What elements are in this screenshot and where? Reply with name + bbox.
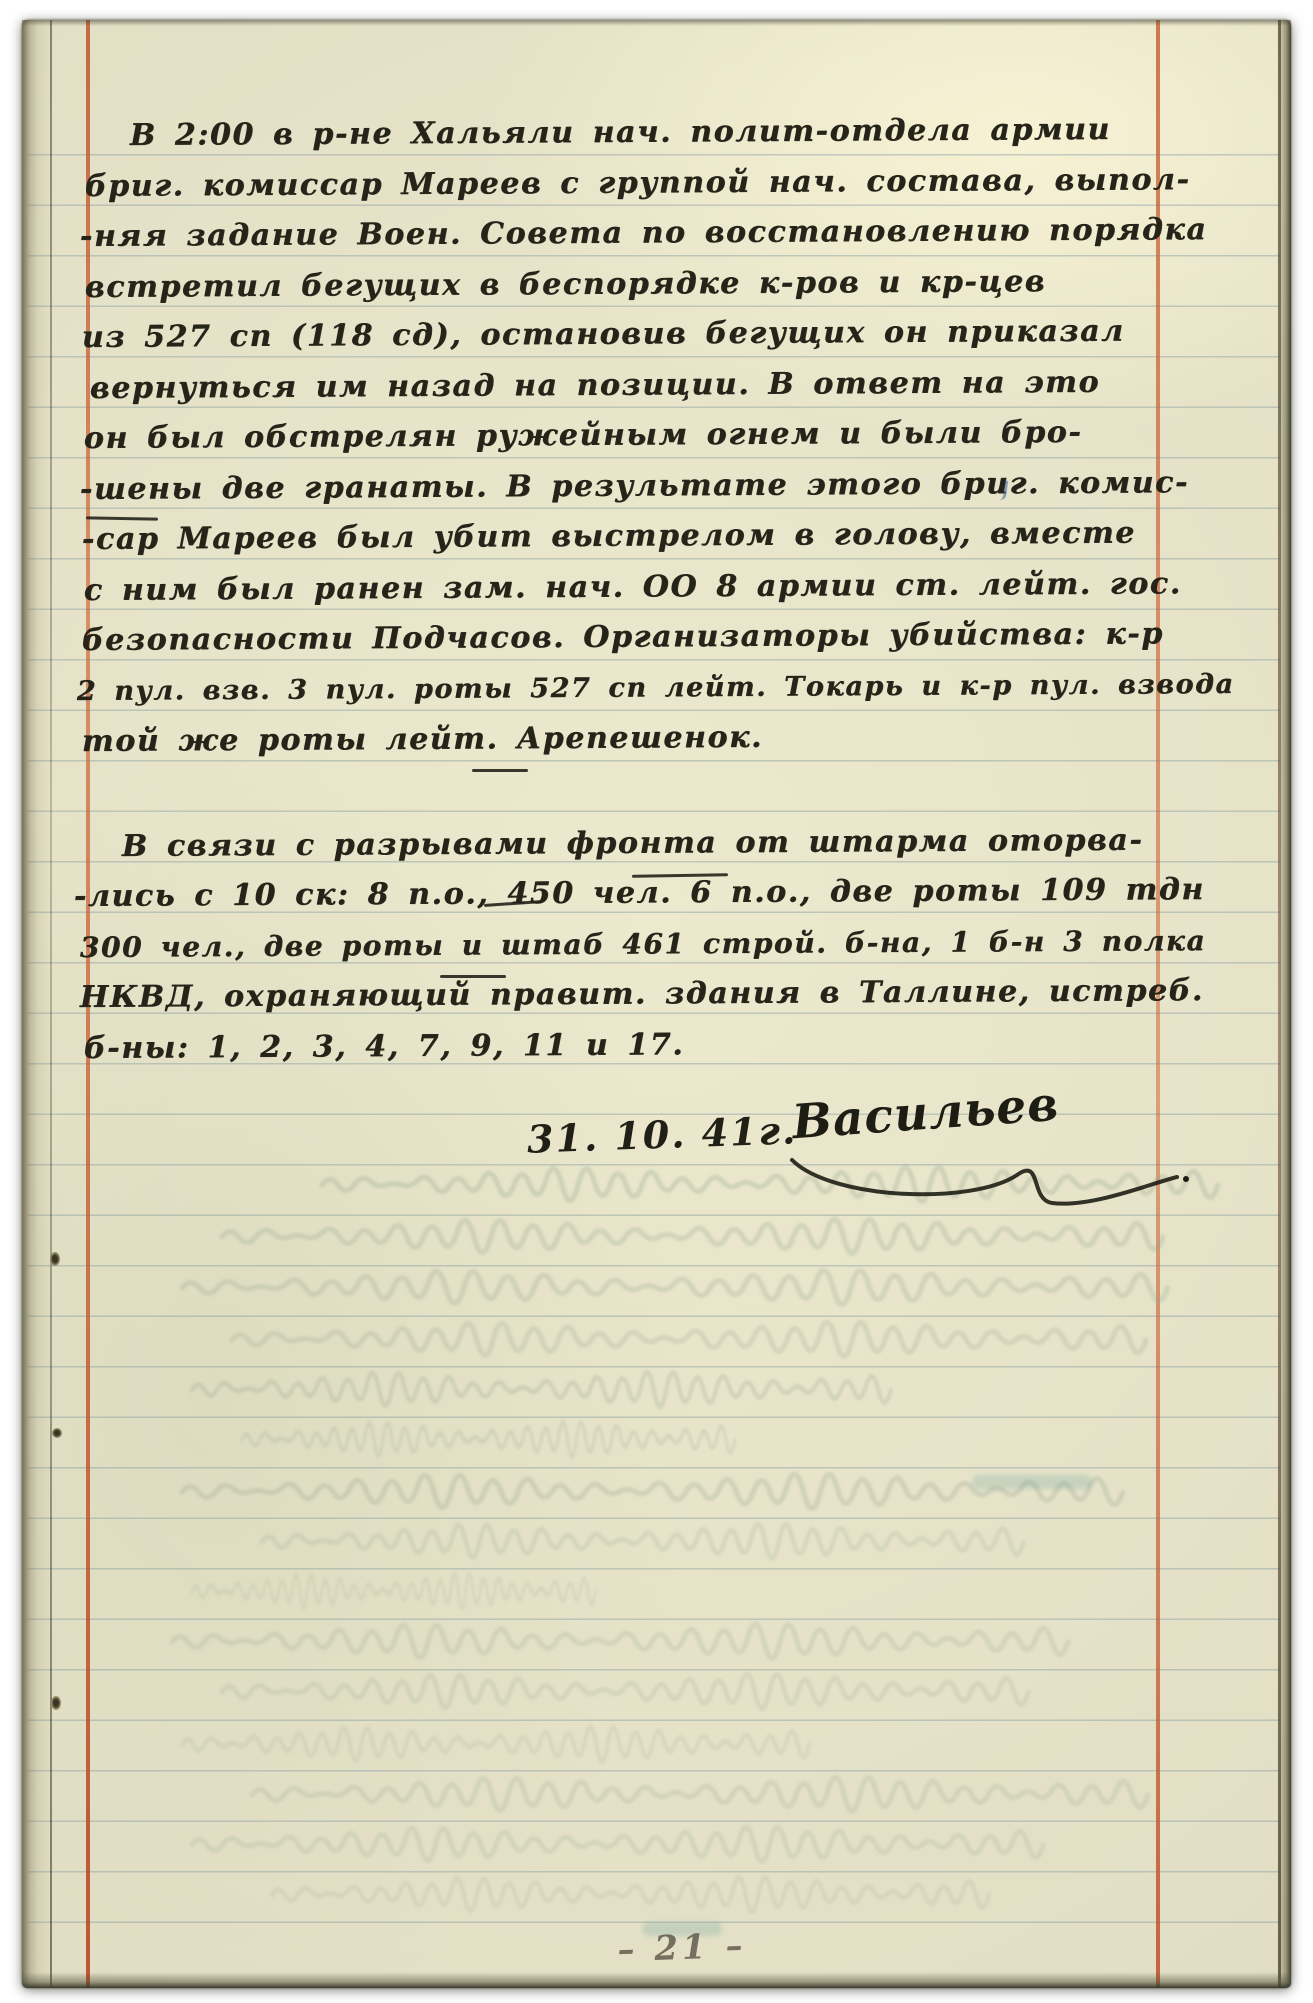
handwritten-line: 2 пул. взв. 3 пул. роты 527 сп лейт. Ток… xyxy=(77,663,1235,716)
photo-edge-shadow xyxy=(1277,20,1291,1988)
page-number: – 21 – xyxy=(581,1925,782,1972)
entry-date: 31. 10. 41г. xyxy=(526,1107,798,1161)
underline-mark xyxy=(440,975,506,978)
notebook-page: В 2:00 в р-не Хальяли нач. полит-отдела … xyxy=(22,20,1291,1988)
handwritten-line: В связи с разрывами фронта от штарма ото… xyxy=(122,819,1144,871)
signature-flourish xyxy=(762,1105,1192,1225)
photo-edge-shadow xyxy=(22,20,1291,26)
handwritten-line: 300 чел., две роты и штаб 461 строй. б-н… xyxy=(80,919,1207,972)
handwritten-line: НКВД, охраняющий правит. здания в Таллин… xyxy=(80,969,1204,1022)
handwritten-line: безопасности Подчасов. Организаторы убий… xyxy=(82,612,1164,665)
handwritten-line: бриг. комиссар Мареев с группой нач. сос… xyxy=(85,158,1191,211)
handwritten-line: из 527 сп (118 сд), остановив бегущих он… xyxy=(82,310,1125,362)
handwritten-line: вернуться им назад на позиции. В ответ н… xyxy=(90,361,1100,413)
handwritten-line: В 2:00 в р-не Хальяли нач. полит-отдела … xyxy=(130,108,1111,160)
teal-smudge xyxy=(972,1475,1092,1489)
handwritten-line: -шены две гранаты. В результате этого бр… xyxy=(80,461,1189,514)
underline-mark xyxy=(472,769,528,772)
handwritten-line: той же роты лейт. Арепешенок. xyxy=(82,716,763,766)
handwritten-line: -няя задание Воен. Совета по восстановле… xyxy=(80,208,1208,261)
photo-edge-shadow xyxy=(22,1972,1291,1988)
handwritten-line: с ним был ранен зам. нач. ОО 8 армии ст.… xyxy=(84,562,1182,615)
handwritten-line: встретил бегущих в беспорядке к-ров и кр… xyxy=(85,260,1046,312)
photographed-document: { "page": { "kind": "handwritten war-dia… xyxy=(0,0,1313,2003)
handwritten-line: он был обстрелян ружейным огнем и были б… xyxy=(84,411,1083,463)
handwritten-line: б-ны: 1, 2, 3, 4, 7, 9, 11 и 17. xyxy=(84,1023,685,1073)
handwritten-line: -сар Мареев был убит выстрелом в голову,… xyxy=(82,512,1136,564)
